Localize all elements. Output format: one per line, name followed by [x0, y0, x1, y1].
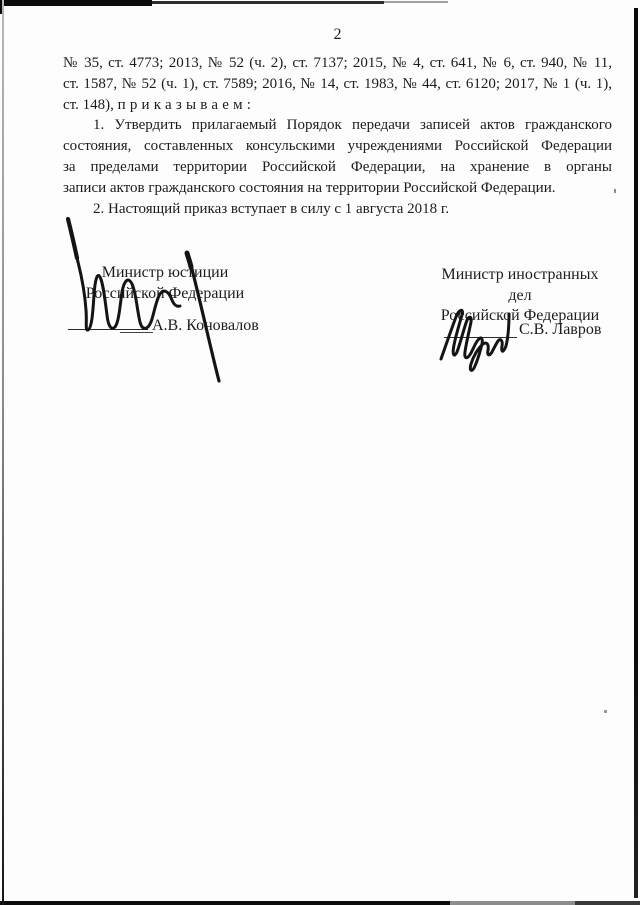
citation-line: № 35, ст. 4773; 2013, № 52 (ч. 2), ст. 7… [63, 53, 612, 74]
justice-title-line2: Российской Федерации [63, 284, 267, 305]
scan-edge-top-faint [384, 1, 448, 3]
item1-line: за пределами территории Российской Федер… [63, 157, 612, 178]
scan-speck [614, 189, 616, 193]
signature-line-justice-fragment [120, 332, 153, 333]
signature-line-mfa [444, 337, 517, 338]
signature-block-justice-title: Министр юстиции Российской Федерации [63, 263, 267, 304]
scan-edge-bottom-gray [450, 901, 575, 905]
citation-line-last: ст. 148), приказываем: [63, 95, 612, 116]
mfa-title-line1: Министр иностранных дел [430, 265, 610, 306]
document-page: 2 № 35, ст. 4773; 2013, № 52 (ч. 2), ст.… [0, 0, 640, 905]
page-number: 2 [63, 26, 612, 44]
scan-speck [604, 710, 607, 713]
scan-edge-bottom-black [0, 901, 450, 905]
item1-line: записи актов гражданского состояния на т… [63, 178, 612, 199]
scan-edge-top-thick [0, 0, 152, 6]
scan-edge-left [2, 0, 4, 905]
item1-line: состояния, составленных консульскими учр… [63, 136, 612, 157]
scan-edge-bottom-dark [575, 901, 640, 905]
document-body: № 35, ст. 4773; 2013, № 52 (ч. 2), ст. 7… [63, 53, 612, 219]
citation-line: ст. 1587, № 52 (ч. 1), ст. 7589; 2016, №… [63, 74, 612, 95]
item2-line: 2. Настоящий приказ вступает в силу с 1 … [63, 199, 612, 220]
item1-line: 1. Утвердить прилагаемый Порядок передач… [63, 115, 612, 136]
signature-name-konovalov: А.В. Коновалов [152, 317, 259, 335]
signature-name-lavrov: С.В. Лавров [519, 321, 601, 339]
signature-line-justice [68, 329, 148, 330]
justice-title-line1: Министр юстиции [63, 263, 267, 284]
citation-tail: ст. 148), [63, 97, 118, 113]
signature-block-mfa-title: Министр иностранных дел Российской Федер… [430, 265, 610, 327]
decree-word: приказываем: [118, 97, 256, 113]
scan-edge-right [634, 8, 638, 898]
scan-edge-top-thin [152, 1, 384, 4]
